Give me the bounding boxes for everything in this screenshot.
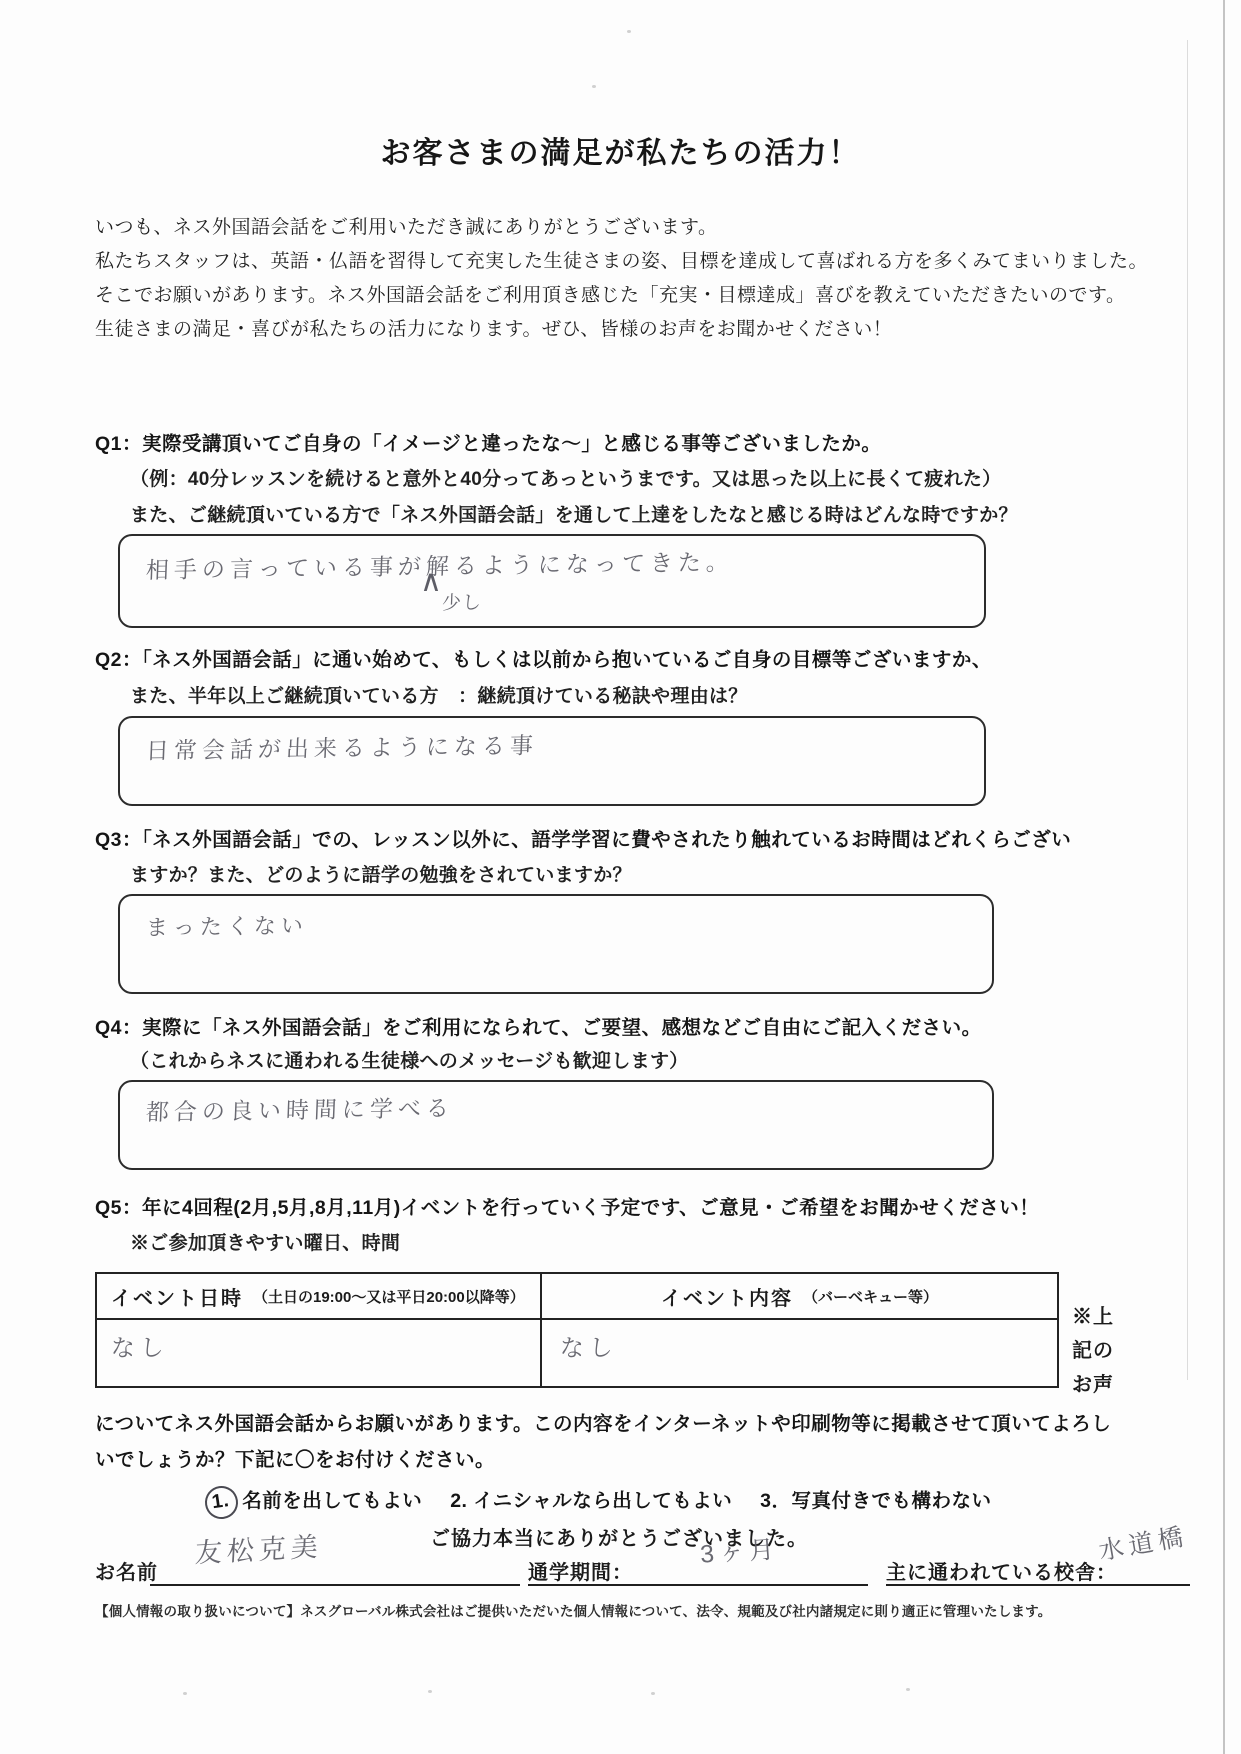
q4-question: Q4：実際に「ネス外国語会話」をご利用になられて、ご要望、感想などご自由にご記入… bbox=[95, 1012, 982, 1040]
event-table-header-content: イベント内容 （バーベキュー等） bbox=[542, 1274, 1057, 1318]
side-note-line-2: 記の bbox=[1072, 1334, 1114, 1368]
event-content-header-note: （バーベキュー等） bbox=[803, 1286, 938, 1307]
period-label: 通学期間： bbox=[528, 1556, 633, 1585]
event-table: イベント日時 （土日の19:00～又は平日20:00以降等） イベント内容 （バ… bbox=[95, 1272, 1059, 1388]
scan-artifact-line bbox=[1223, 0, 1225, 1754]
side-note-line-3: お声 bbox=[1072, 1368, 1114, 1402]
q1-question-2: また、ご継続頂いている方で「ネス外国語会話」を通して上達をしたなと感じる時はどん… bbox=[130, 500, 1018, 527]
event-content-handwritten-value: なし bbox=[559, 1328, 618, 1364]
school-label: 主に通われている校舎： bbox=[886, 1556, 1117, 1585]
scan-speck bbox=[592, 85, 596, 88]
q1-example: （例：40分レッスンを続けると意外と40分ってあっというまです。又は思った以上に… bbox=[130, 464, 1001, 491]
q4-answer-box: 都合の良い時間に学べる bbox=[118, 1080, 994, 1170]
q3-handwritten-answer: まったくない bbox=[145, 909, 308, 942]
period-handwritten-value: 3ヶ月 bbox=[699, 1529, 780, 1570]
q1-answer-box: 相手の言っている事が解るようになってきた。 ∧ 少し bbox=[118, 534, 986, 628]
school-underline bbox=[886, 1584, 1190, 1586]
event-table-header-datetime: イベント日時 （土日の19:00～又は平日20:00以降等） bbox=[97, 1274, 542, 1318]
scan-speck bbox=[183, 1692, 187, 1695]
name-underline bbox=[150, 1584, 520, 1586]
q2-answer-box: 日常会話が出来るようになる事 bbox=[118, 716, 986, 806]
q3-answer-box: まったくない bbox=[118, 894, 994, 994]
page-title: お客さまの満足が私たちの活力！ bbox=[0, 128, 1241, 172]
event-datetime-header-label: イベント日時 bbox=[111, 1282, 243, 1311]
privacy-note: 【個人情報の取り扱いについて】ネスグローバル株式会社はご提供いただいた個人情報に… bbox=[95, 1600, 1051, 1620]
side-note: ※上 記の お声 bbox=[1072, 1300, 1114, 1402]
intro-line-2: 私たちスタッフは、英語・仏語を習得して充実した生徒さまの姿、目標を達成して喜ばれ… bbox=[95, 246, 1148, 273]
permission-options: 1.名前を出してもよい 2. イニシャルなら出してもよい 3．写真付きでも構わな… bbox=[205, 1485, 992, 1519]
circled-option-1-mark: 1. bbox=[203, 1484, 241, 1521]
q2-question: Q2：「ネス外国語会話」に通い始めて、もしくは以前から抱いているご自身の目標等ご… bbox=[95, 644, 992, 672]
option-3-label: 3．写真付きでも構わない bbox=[760, 1490, 991, 1512]
scan-speck bbox=[428, 1690, 432, 1693]
q4-handwritten-answer: 都合の良い時間に学べる bbox=[145, 1090, 454, 1127]
q5-question-2: ※ご参加頂きやすい曜日、時間 bbox=[130, 1228, 400, 1255]
intro-line-1: いつも、ネス外国語会話をご利用いただき誠にありがとうございます。 bbox=[95, 212, 717, 239]
scan-artifact-line-light bbox=[1187, 40, 1188, 1380]
option-2-label: 2. イニシャルなら出してもよい bbox=[450, 1490, 732, 1512]
q1-question: Q1：実際受講頂いてご自身の「イメージと違ったな～」と感じる事等ございましたか。 bbox=[95, 428, 881, 456]
event-content-cell: なし bbox=[542, 1320, 1057, 1386]
q1-insertion-caret: ∧ bbox=[420, 564, 442, 599]
intro-line-3: そこでお願いがあります。ネス外国語会話をご利用頂き感じた「充実・目標達成」喜びを… bbox=[95, 280, 1125, 307]
q2-handwritten-answer: 日常会話が出来るようになる事 bbox=[145, 727, 538, 765]
option-1-number: 1. bbox=[210, 1489, 230, 1513]
q1-insertion-text: 少し bbox=[441, 588, 482, 616]
q2-question-2: また、半年以上ご継続頂いている方 ：継続頂けている秘訣や理由は？ bbox=[130, 681, 748, 708]
q3-question-2: ますか？また、どのように語学の勉強をされていますか？ bbox=[130, 860, 632, 887]
q5-question: Q5：年に4回程(2月,5月,8月,11月)イベントを行っていく予定です、ご意見… bbox=[95, 1192, 1039, 1220]
scan-speck bbox=[651, 1692, 655, 1695]
name-handwritten-value: 友松克美 bbox=[194, 1525, 324, 1571]
intro-line-4: 生徒さまの満足・喜びが私たちの活力になります。ぜひ、皆様のお声をお聞かせください… bbox=[95, 314, 892, 341]
event-content-header-label: イベント内容 bbox=[661, 1282, 793, 1311]
event-table-body-row: なし なし bbox=[97, 1320, 1057, 1386]
scan-speck bbox=[906, 1688, 910, 1691]
name-label: お名前 bbox=[95, 1556, 158, 1585]
event-table-header-row: イベント日時 （土日の19:00～又は平日20:00以降等） イベント内容 （バ… bbox=[97, 1274, 1057, 1320]
event-datetime-cell: なし bbox=[97, 1320, 542, 1386]
event-datetime-header-note: （土日の19:00～又は平日20:00以降等） bbox=[253, 1286, 525, 1307]
school-handwritten-value: 水道橋 bbox=[1096, 1516, 1191, 1567]
q4-question-2: （これからネスに通われる生徒様へのメッセージも歓迎します） bbox=[130, 1046, 689, 1073]
side-note-line-1: ※上 bbox=[1072, 1300, 1114, 1334]
permission-line-1: についてネス外国語会話からお願いがあります。この内容をインターネットや印刷物等に… bbox=[95, 1408, 1111, 1436]
scan-speck bbox=[627, 30, 631, 33]
event-datetime-handwritten-value: なし bbox=[110, 1328, 169, 1364]
q3-question: Q3：「ネス外国語会話」での、レッスン以外に、語学学習に費やされたり触れているお… bbox=[95, 824, 1071, 852]
option-1-label: 名前を出してもよい bbox=[242, 1490, 422, 1512]
questionnaire-page: お客さまの満足が私たちの活力！ いつも、ネス外国語会話をご利用いただき誠にありが… bbox=[0, 0, 1241, 1754]
permission-line-2: いでしょうか？下記に〇をお付けください。 bbox=[95, 1444, 495, 1472]
period-underline bbox=[528, 1584, 868, 1586]
